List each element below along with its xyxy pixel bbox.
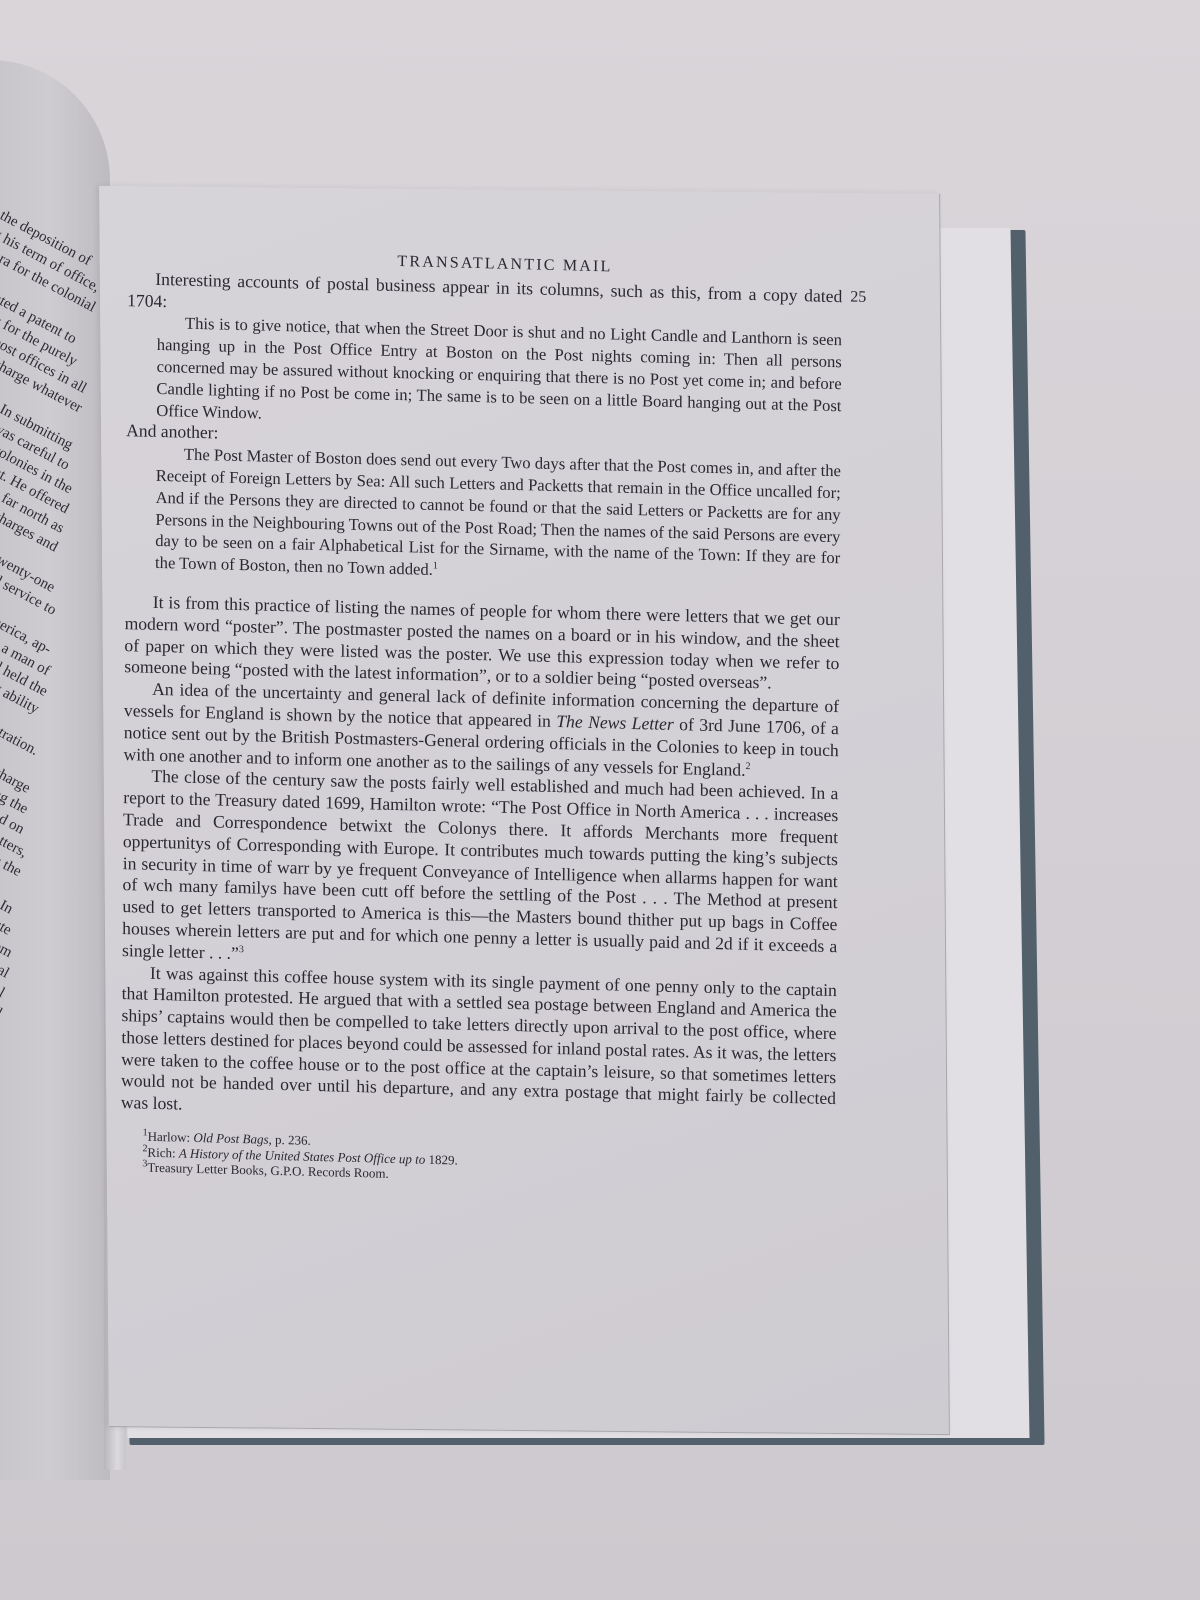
text: 1829. xyxy=(425,1151,458,1167)
book-title: Old Post Bags xyxy=(193,1130,268,1147)
right-page: TRANSATLANTIC MAIL 25 Interesting accoun… xyxy=(99,186,950,1435)
quote-post-master: The Post Master of Boston does send out … xyxy=(125,442,841,591)
footnote-ref: 1 xyxy=(433,561,438,572)
text: , p. 236. xyxy=(269,1132,311,1148)
text: Rich: xyxy=(147,1144,179,1160)
quote-text: This is to give notice, that when the St… xyxy=(156,312,842,438)
left-page-text: l the deposition of g his term of office… xyxy=(0,200,110,1044)
footnote-ref: 2 xyxy=(746,761,751,772)
page-number: 25 xyxy=(850,286,866,308)
footnote-ref: 3 xyxy=(239,944,244,955)
facing-left-page: l the deposition of g his term of office… xyxy=(0,60,110,1480)
quote-text: The Post Master of Boston does send out … xyxy=(155,443,841,591)
text: The close of the century saw the posts f… xyxy=(122,766,838,963)
text: Harlow: xyxy=(148,1129,194,1145)
quote-notice-1704: This is to give notice, that when the St… xyxy=(126,312,842,439)
publication-title: The News Letter xyxy=(556,711,674,734)
quote-body: The Post Master of Boston does send out … xyxy=(155,445,841,579)
page-content: TRANSATLANTIC MAIL 25 Interesting accoun… xyxy=(120,244,842,1193)
paragraph-coffee-house: It was against this coffee house system … xyxy=(121,962,837,1133)
paragraph-hamilton-report: The close of the century saw the posts f… xyxy=(122,765,839,979)
footnotes: 1Harlow: Old Post Bags, p. 236. 2Rich: A… xyxy=(120,1128,835,1193)
